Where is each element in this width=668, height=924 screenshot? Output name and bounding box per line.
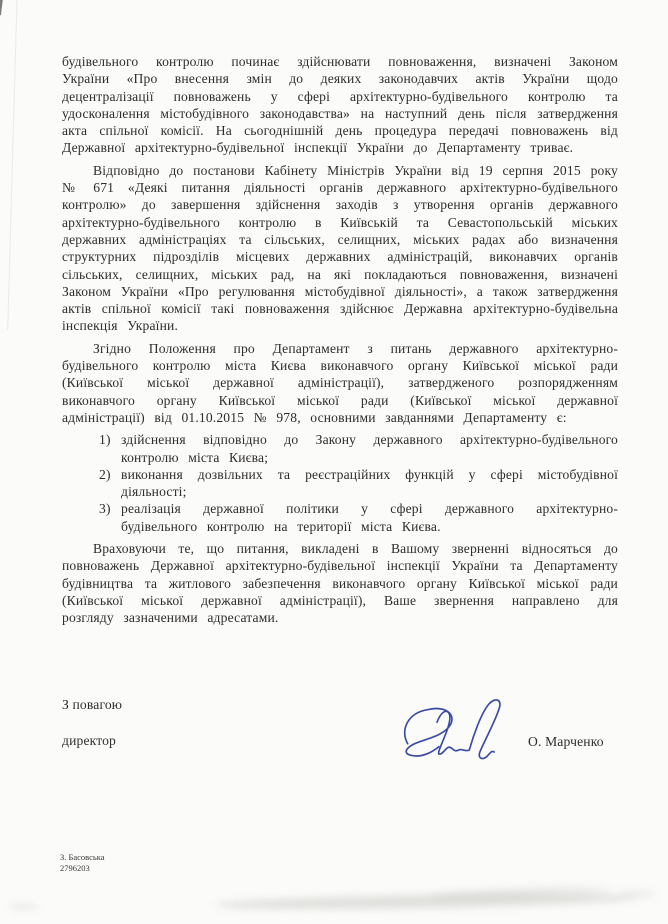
body-paragraph: будівельного контролю починає здійснюват… xyxy=(62,53,618,157)
handwritten-signature xyxy=(394,692,526,772)
executor-phone: 2796203 xyxy=(60,863,105,874)
executor-note: З. Басовська 2796203 xyxy=(60,852,105,874)
scan-edge-line xyxy=(7,0,17,330)
scan-smudge xyxy=(215,891,635,911)
body-paragraph: Згідно Положення про Департамент з питан… xyxy=(62,340,618,426)
scan-smudge xyxy=(8,903,38,911)
list-item: 2) виконання дозвільних та реєстраційних… xyxy=(62,466,618,501)
signer-name: О. Марченко xyxy=(528,734,604,750)
list-marker: 2) xyxy=(99,466,111,483)
closing-paragraph: Враховуючи те, що питання, викладені в В… xyxy=(62,540,618,626)
body-paragraph: Відповідно до постанови Кабінету Міністр… xyxy=(62,162,618,335)
list-marker: 3) xyxy=(99,500,111,517)
list-item-text: виконання дозвільних та реєстраційних фу… xyxy=(121,467,618,499)
signer-title: директор xyxy=(62,733,116,749)
executor-name: З. Басовська xyxy=(60,852,105,863)
letter-page: будівельного контролю починає здійснюват… xyxy=(0,0,668,924)
numbered-task-list: 1) здійснення відповідно до Закону держа… xyxy=(62,431,618,535)
scan-corner-artifact xyxy=(0,0,3,15)
list-item: 1) здійснення відповідно до Закону держа… xyxy=(62,431,618,466)
list-item-text: здійснення відповідно до Закону державно… xyxy=(121,432,618,464)
closing-salutation: З повагою xyxy=(62,697,122,713)
letter-body: будівельного контролю починає здійснюват… xyxy=(62,53,618,632)
list-item-text: реалізація державної політики у сфері де… xyxy=(121,501,618,533)
list-item: 3) реалізація державної політики у сфері… xyxy=(62,500,618,535)
list-marker: 1) xyxy=(99,431,111,448)
scan-smudge xyxy=(620,890,656,898)
